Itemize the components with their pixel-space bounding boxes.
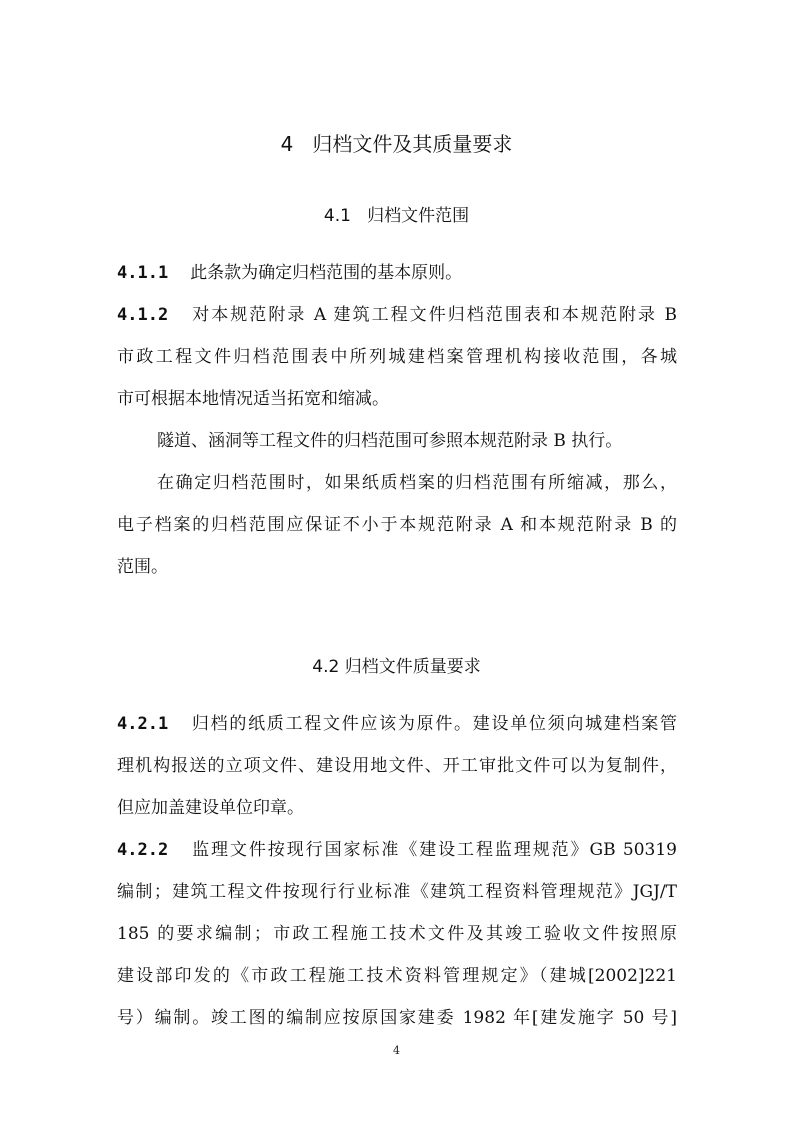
paragraph-scope-line-2: 电子档案的归档范围应保证不小于本规范附录 A 和本规范附录 B 的 [117, 514, 677, 536]
clause-4-2-2-line-3: 185 的要求编制；市政工程施工技术文件及其竣工验收文件按照原 [117, 923, 677, 945]
clause-4-1-1-line-1: 4.1.1此条款为确定归档范围的基本原则。 [117, 262, 677, 284]
clause-4-1-2-line-1: 4.1.2对本规范附录 A 建筑工程文件归档范围表和本规范附录 B [117, 304, 677, 326]
clause-4-2-1-line-3: 但应加盖建设单位印章。 [117, 797, 677, 819]
section-title-4-1: 4.1 归档文件范围 [0, 201, 793, 226]
clause-number: 4.2.1 [117, 714, 168, 734]
clause-text: 对本规范附录 A 建筑工程文件归档范围表和本规范附录 B [190, 305, 677, 325]
clause-4-2-2-line-4: 建设部印发的《市政工程施工技术资料管理规定》（建城[2002]221 [117, 965, 677, 987]
clause-text: 归档的纸质工程文件应该为原件。建设单位须向城建档案管 [190, 714, 677, 734]
clause-number: 4.1.1 [117, 263, 168, 283]
clause-text: 监理文件按现行国家标准《建设工程监理规范》GB 50319 [190, 840, 677, 860]
clause-4-2-1-line-1: 4.2.1归档的纸质工程文件应该为原件。建设单位须向城建档案管 [117, 713, 677, 735]
clause-4-2-1-line-2: 理机构报送的立项文件、建设用地文件、开工审批文件可以为复制件， [117, 755, 677, 777]
clause-4-2-2-line-1: 4.2.2监理文件按现行国家标准《建设工程监理规范》GB 50319 [117, 839, 677, 861]
clause-4-2-2-line-5: 号）编制。竣工图的编制应按原国家建委 1982 年[建发施字 50 号] [117, 1007, 677, 1029]
paragraph-tunnel-line-1: 隧道、涵洞等工程文件的归档范围可参照本规范附录 B 执行。 [157, 430, 677, 452]
paragraph-scope-line-1: 在确定归档范围时，如果纸质档案的归档范围有所缩减，那么， [157, 472, 677, 494]
chapter-title: 4 归档文件及其质量要求 [0, 128, 793, 157]
clause-number: 4.2.2 [117, 840, 168, 860]
paragraph-scope-line-3: 范围。 [117, 556, 677, 578]
page-number: 4 [0, 1044, 793, 1057]
clause-4-1-2-line-3: 市可根据本地情况适当拓宽和缩减。 [117, 388, 677, 410]
clause-4-2-2-line-2: 编制；建筑工程文件按现行行业标准《建筑工程资料管理规范》JGJ/T [117, 881, 677, 903]
clause-text: 此条款为确定归档范围的基本原则。 [190, 263, 462, 283]
document-page: 4 归档文件及其质量要求 4.1 归档文件范围 4.1.1此条款为确定归档范围的… [0, 0, 793, 1122]
section-title-4-2: 4.2 归档文件质量要求 [0, 652, 793, 677]
clause-number: 4.1.2 [117, 305, 168, 325]
clause-4-1-2-line-2: 市政工程文件归档范围表中所列城建档案管理机构接收范围，各城 [117, 346, 677, 368]
